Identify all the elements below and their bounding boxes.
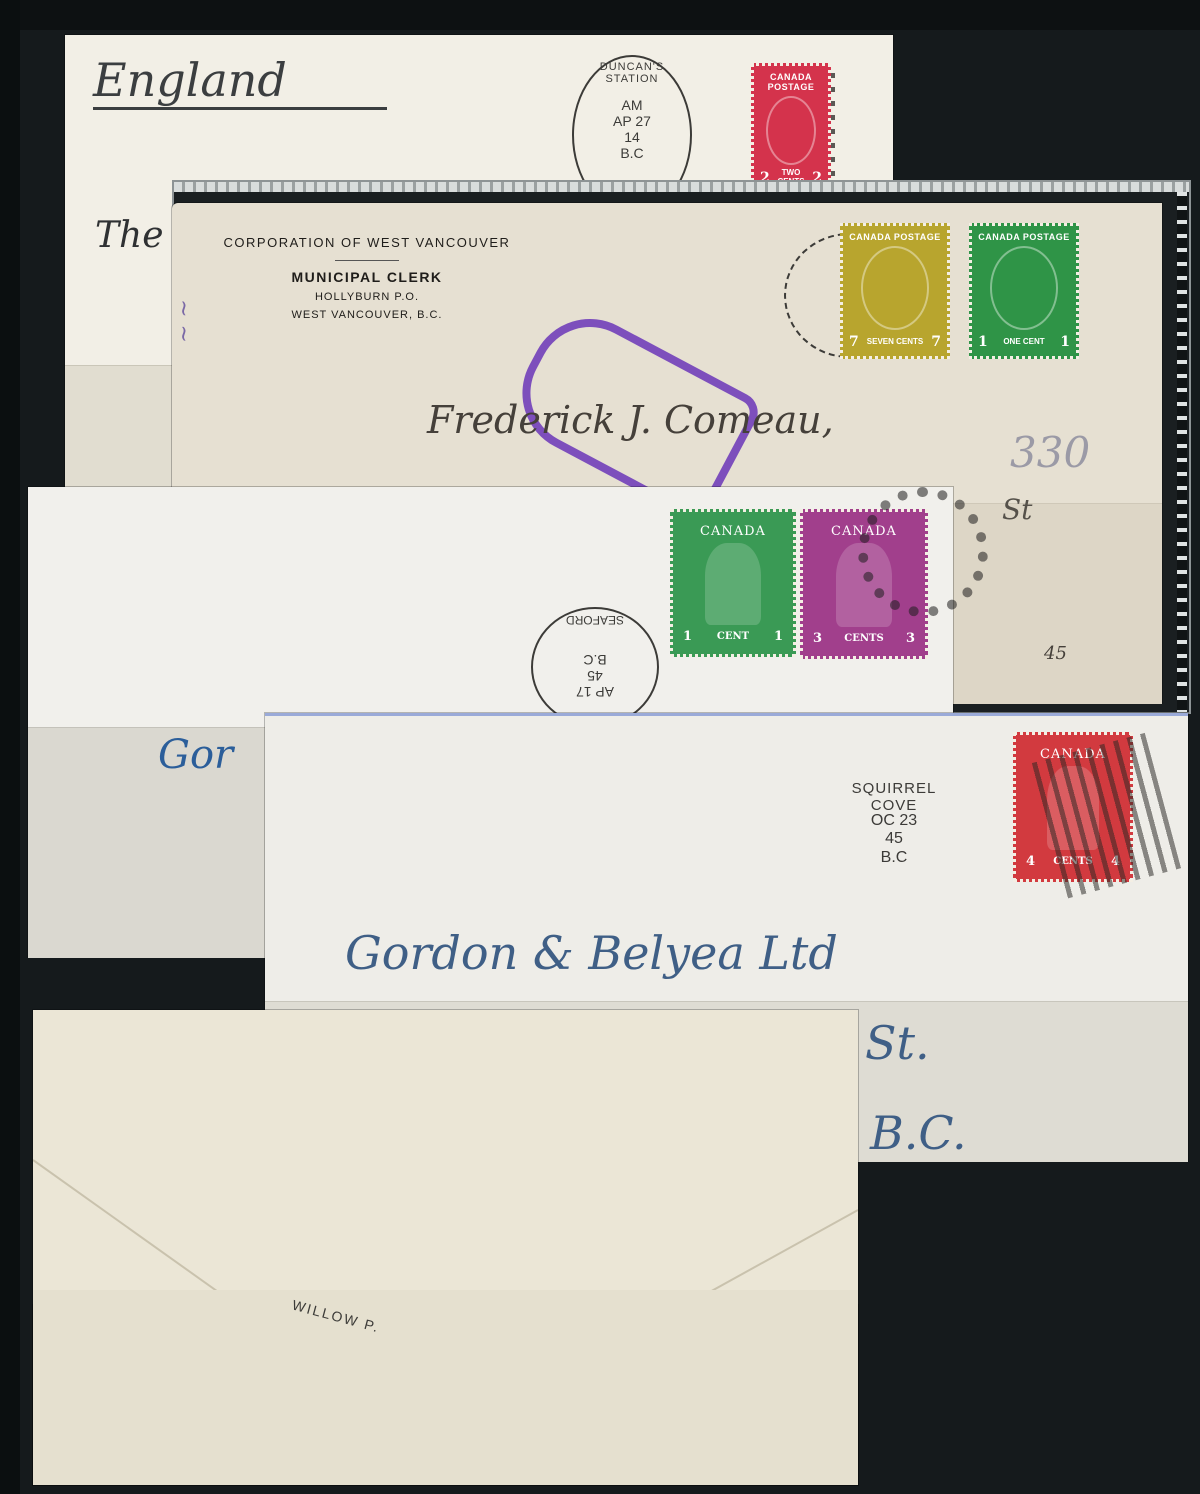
- addressee-street: St.: [865, 1016, 930, 1070]
- postmark-date: AM AP 27 14 B.C: [574, 97, 690, 161]
- cover-5-envelope-back-body: WILLOW P.: [33, 1010, 858, 1485]
- king-portrait-icon: [861, 246, 929, 330]
- postmark-ring-text: SEAFORD: [533, 613, 657, 627]
- addressee-province: B.C.: [870, 1106, 967, 1160]
- divider: [335, 260, 399, 261]
- king-portrait-icon: [766, 96, 816, 165]
- purple-pencil-note: ~ ~: [172, 299, 197, 343]
- corner-card-po: HOLLYBURN P.O.: [202, 291, 532, 303]
- killer-cancel: [858, 487, 988, 617]
- postmark-squirrel-cove: SQUIRREL COVE OC 23 45 B.C: [838, 776, 950, 888]
- addressee-name: Frederick J. Comeau,: [427, 398, 834, 442]
- corner-card-city: WEST VANCOUVER, B.C.: [202, 309, 532, 321]
- stamp-2-cents: CANADA POSTAGE 2TWO CENTS2: [751, 63, 831, 195]
- corner-card: CORPORATION OF WEST VANCOUVER MUNICIPAL …: [202, 235, 532, 321]
- street-suffix: St: [1002, 493, 1032, 526]
- postmark-seaford: AP 17 45 B.C SEAFORD: [531, 607, 659, 727]
- postmark-ring-text: DUNCAN'S STATION: [574, 61, 690, 85]
- king-portrait-icon: [990, 246, 1058, 330]
- pencil-rate-note: 45: [1044, 643, 1067, 664]
- king-portrait-icon: [705, 543, 760, 625]
- handwritten-destination: England: [93, 53, 387, 110]
- postmark-ring-text: SQUIRREL COVE: [838, 780, 950, 814]
- handwritten-address: Gor: [158, 732, 233, 778]
- sleeve-ribbed-edge: [174, 182, 1189, 192]
- postmark-date: OC 23 45 B.C: [838, 812, 950, 867]
- album-strip-left: [0, 0, 20, 1494]
- corner-card-title: MUNICIPAL CLERK: [202, 269, 532, 285]
- stamp-7-cents: CANADA POSTAGE 7SEVEN CENTS7: [840, 223, 950, 359]
- stamp-1-cent: CANADA POSTAGE 1ONE CENT1: [969, 223, 1079, 359]
- album-strip: [0, 0, 1200, 30]
- sleeve-side-edge: [1177, 192, 1187, 712]
- street-number: 330: [1010, 428, 1090, 477]
- postmark-date: AP 17 45 B.C: [533, 652, 657, 700]
- handwritten-address: The: [95, 215, 164, 256]
- stamp-1-cent-war-issue: CANADA 1CENT1: [670, 509, 796, 657]
- addressee-name: Gordon & Belyea Ltd: [345, 926, 838, 980]
- envelope-fold: [33, 1290, 858, 1485]
- corner-card-org: CORPORATION OF WEST VANCOUVER: [202, 235, 532, 250]
